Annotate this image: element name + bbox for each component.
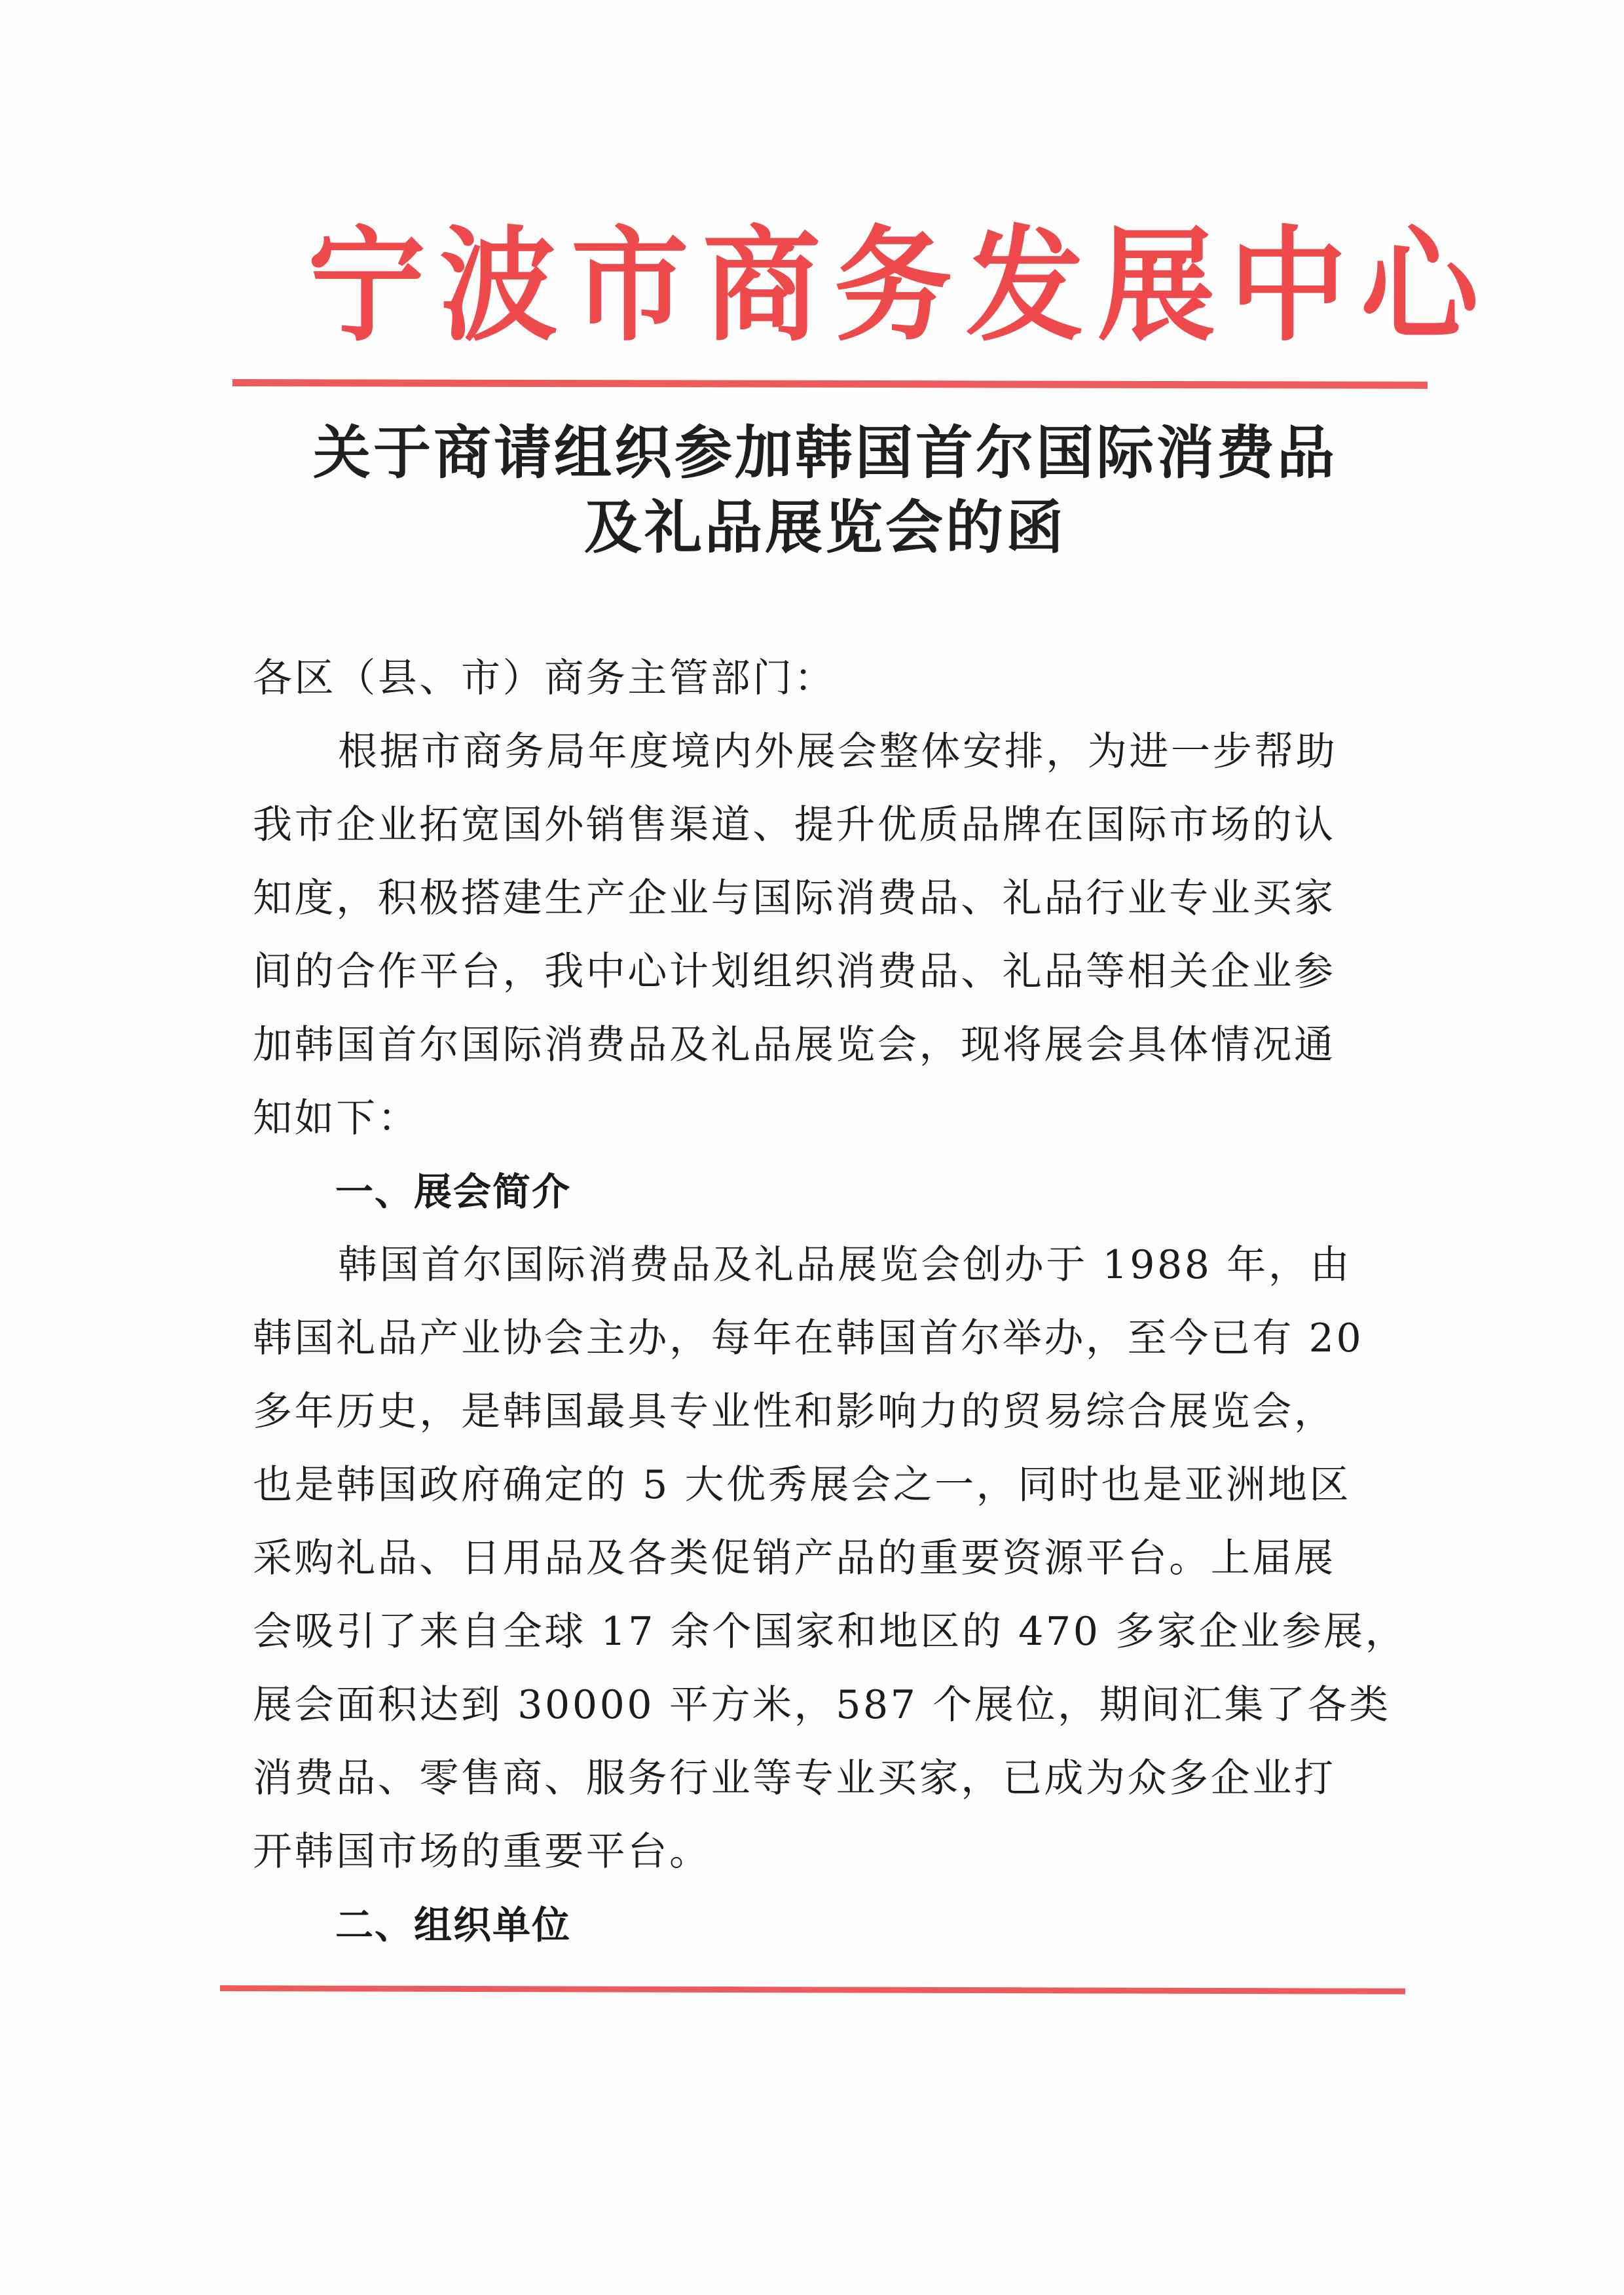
paragraph-line: 我市企业拓宽国外销售渠道、提升优质品牌在国际市场的认 bbox=[253, 788, 1386, 862]
paragraph-line: 多年历史，是韩国最具专业性和影响力的贸易综合展览会， bbox=[253, 1375, 1386, 1448]
letterhead-red-rule bbox=[232, 379, 1428, 389]
paragraph-line: 展会面积达到 30000 平方米，587 个展位，期间汇集了各类 bbox=[253, 1668, 1386, 1742]
section-heading: 一、展会简介 bbox=[253, 1155, 1386, 1228]
footer-red-rule bbox=[220, 1985, 1405, 1994]
paragraph-line: 根据市商务局年度境内外展会整体安排，为进一步帮助 bbox=[253, 715, 1386, 788]
paragraph-line: 也是韩国政府确定的 5 大优秀展会之一，同时也是亚洲地区 bbox=[253, 1448, 1386, 1522]
section-exhibition-intro: 一、展会简介 韩国首尔国际消费品及礼品展览会创办于 1988 年，由 韩国礼品产… bbox=[253, 1155, 1386, 1888]
paragraph-line: 知如下： bbox=[253, 1082, 1386, 1155]
document-title-line-1: 关于商请组织参加韩国首尔国际消费品 bbox=[282, 415, 1369, 490]
salutation: 各区（县、市）商务主管部门： bbox=[253, 642, 1386, 715]
intro-paragraph: 根据市商务局年度境内外展会整体安排，为进一步帮助 我市企业拓宽国外销售渠道、提升… bbox=[253, 715, 1386, 1155]
document-title: 关于商请组织参加韩国首尔国际消费品 及礼品展览会的函 bbox=[282, 415, 1369, 564]
paragraph-line: 间的合作平台，我中心计划组织消费品、礼品等相关企业参 bbox=[253, 935, 1386, 1008]
paragraph-line: 采购礼品、日用品及各类促销产品的重要资源平台。上届展 bbox=[253, 1522, 1386, 1595]
paragraph-line: 韩国礼品产业协会主办，每年在韩国首尔举办，至今已有 20 bbox=[253, 1302, 1386, 1375]
paragraph-line: 韩国首尔国际消费品及礼品展览会创办于 1988 年，由 bbox=[253, 1228, 1386, 1302]
section-heading: 二、组织单位 bbox=[253, 1888, 1386, 1962]
document-body: 各区（县、市）商务主管部门： 根据市商务局年度境内外展会整体安排，为进一步帮助 … bbox=[253, 642, 1386, 1962]
letterhead-org-name: 宁波市商务发展中心 bbox=[308, 204, 1395, 369]
paragraph-line: 加韩国首尔国际消费品及礼品展览会，现将展会具体情况通 bbox=[253, 1008, 1386, 1082]
section-organizers: 二、组织单位 bbox=[253, 1888, 1386, 1962]
document-title-line-2: 及礼品展览会的函 bbox=[282, 490, 1369, 564]
paragraph-line: 消费品、零售商、服务行业等专业买家，已成为众多企业打 bbox=[253, 1742, 1386, 1815]
paragraph-line: 知度，积极搭建生产企业与国际消费品、礼品行业专业买家 bbox=[253, 862, 1386, 935]
paragraph-line: 会吸引了来自全球 17 余个国家和地区的 470 多家企业参展， bbox=[253, 1595, 1386, 1668]
document-page: 宁波市商务发展中心 关于商请组织参加韩国首尔国际消费品 及礼品展览会的函 各区（… bbox=[0, 0, 1624, 2295]
paragraph-line: 开韩国市场的重要平台。 bbox=[253, 1815, 1386, 1888]
